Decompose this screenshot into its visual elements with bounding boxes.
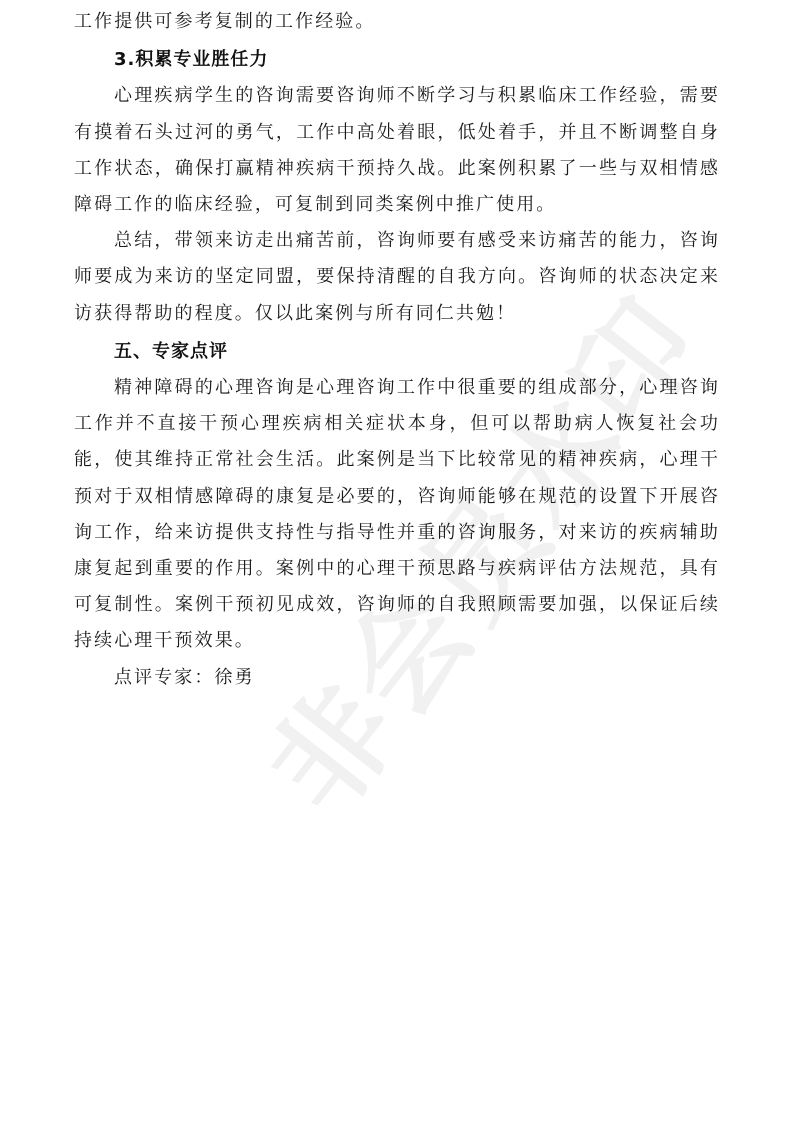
section-5-paragraph-1: 精神障碍的心理咨询是心理咨询工作中很重要的组成部分，心理咨询工作并不直接干预心理… [74,370,720,660]
continuation-paragraph: 工作提供可参考复制的工作经验。 [74,4,720,40]
section-3-paragraph-2: 总结，带领来访走出痛苦前，咨询师要有感受来访痛苦的能力，咨询师要成为来访的坚定同… [74,223,720,332]
document-page: 工作提供可参考复制的工作经验。 3.积累专业胜任力 心理疾病学生的咨询需要咨询师… [0,0,794,1123]
section-5-heading: 五、专家点评 [74,334,720,370]
document-body: 工作提供可参考复制的工作经验。 3.积累专业胜任力 心理疾病学生的咨询需要咨询师… [74,4,720,696]
section-3-paragraph-1: 心理疾病学生的咨询需要咨询师不断学习与积累临床工作经验，需要有摸着石头过河的勇气… [74,78,720,223]
section-3-heading: 3.积累专业胜任力 [74,42,720,78]
reviewer-signature: 点评专家：徐勇 [74,660,720,696]
